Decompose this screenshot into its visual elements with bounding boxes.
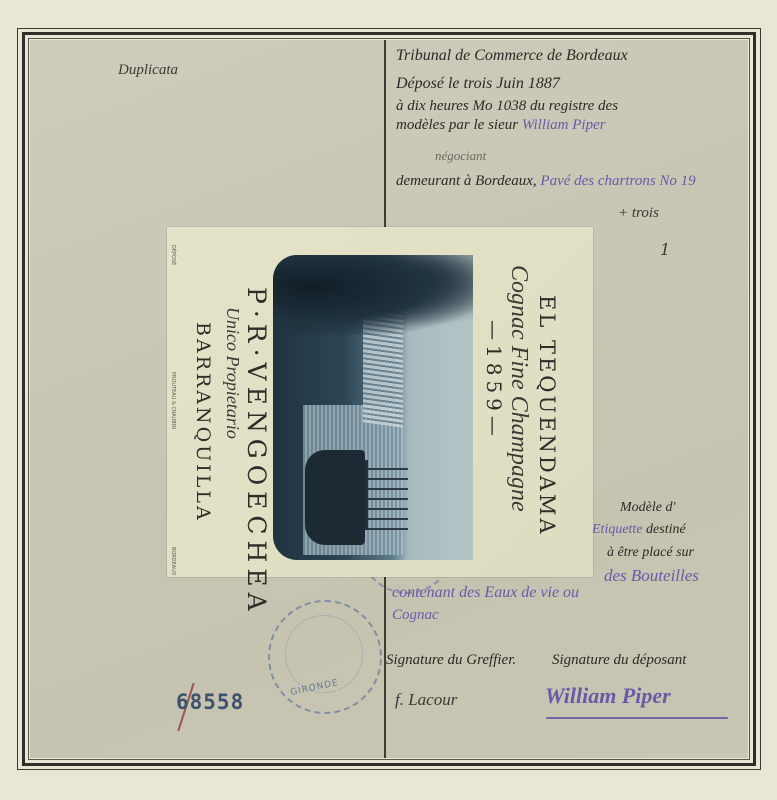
label-city: BARRANQUILLA	[192, 322, 214, 523]
jungle-foliage	[273, 255, 473, 335]
correction-note: + trois	[618, 205, 659, 222]
deposant-signature: William Piper	[545, 683, 671, 709]
duplicata-annotation: Duplicata	[118, 62, 178, 79]
model-type-heading: Modèle d'	[620, 500, 675, 516]
depositor-line-prefix: modèles par le sieur	[396, 117, 518, 133]
greffier-signature: f. Lacour	[395, 690, 457, 710]
signature-underline	[546, 717, 728, 719]
label-producer: P·R·VENGOECHEA	[242, 287, 271, 617]
greffier-signature-label: Signature du Greffier.	[386, 652, 516, 669]
model-contents-cognac: Cognac	[392, 607, 439, 624]
profession-annotation: négociant	[435, 148, 486, 164]
model-destination-line: à être placé sur	[607, 545, 694, 561]
model-type-suffix: destiné	[646, 522, 686, 537]
residence-line: demeurant à Bordeaux, Pavé des chartrons…	[396, 173, 696, 190]
depositor-line: modèles par le sieur William Piper	[396, 117, 606, 134]
model-type-handwritten: Etiquette	[592, 522, 643, 537]
deposit-date-line: Déposé le trois Juin 1887	[396, 75, 560, 93]
label-year: —1859—	[482, 320, 506, 441]
residence-prefix: demeurant à Bordeaux,	[396, 173, 537, 189]
steamboat-waterfall-illustration	[273, 255, 473, 560]
residence-address: Pavé des chartrons No 19	[540, 173, 695, 189]
label-printer-mark: PROUTEAU & CRAUBIN	[170, 372, 176, 429]
cognac-label: DÉPOSÉ PROUTEAU & CRAUBIN BORDEAUX P·R·V…	[167, 227, 593, 577]
model-type-line: Etiquette destiné	[592, 522, 686, 538]
label-product: Cognac Fine Champagne	[505, 265, 532, 512]
paddle-steamer	[305, 450, 365, 545]
court-heading: Tribunal de Commerce de Bordeaux	[396, 47, 628, 65]
deposant-signature-label: Signature du déposant	[552, 652, 686, 669]
label-producer-title: Unico Propietario	[222, 307, 243, 439]
label-brand: EL TEQUENDAMA	[535, 295, 559, 537]
correction-mark: 1	[660, 240, 670, 259]
label-depose-mark: DÉPOSÉ	[170, 245, 176, 265]
steamer-deck	[365, 460, 408, 530]
deposit-hour-line: à dix heures Mo 1038 du registre des	[396, 98, 618, 115]
model-destination-object: des Bouteilles	[604, 566, 699, 586]
depositor-name: William Piper	[522, 117, 606, 133]
model-contents-line: contenant des Eaux de vie ou	[392, 584, 579, 602]
registration-stamp-number: 68558	[176, 690, 244, 714]
label-city-mark: BORDEAUX	[170, 547, 176, 575]
